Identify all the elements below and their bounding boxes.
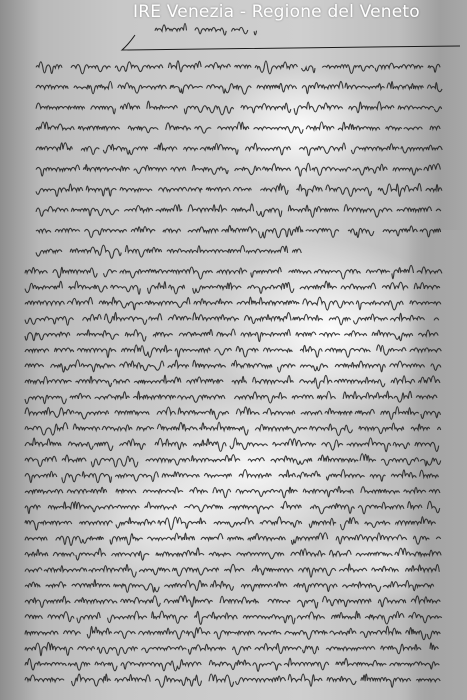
manuscript-page: IRE Venezia - Regione del Veneto — [0, 0, 467, 700]
handwriting-ink — [0, 0, 467, 700]
watermark-title: IRE Venezia - Regione del Veneto — [133, 2, 420, 22]
